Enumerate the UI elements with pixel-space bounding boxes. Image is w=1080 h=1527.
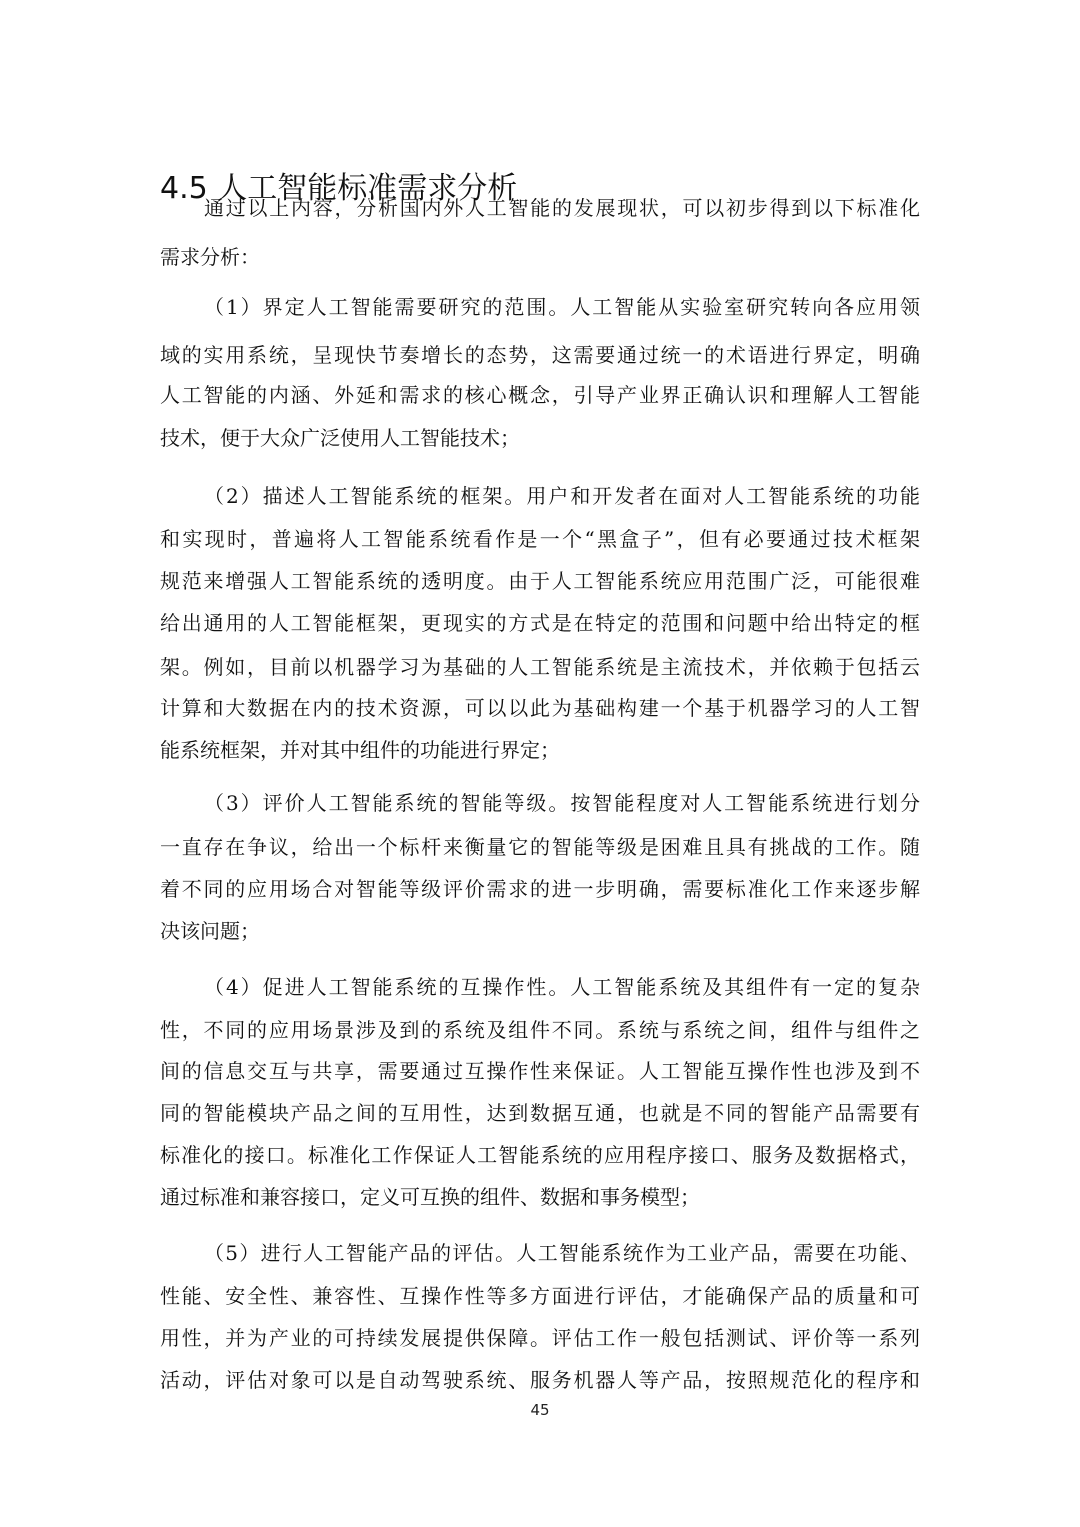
item-2-line: 能系统框架，并对其中组件的功能进行界定； [160, 735, 920, 765]
item-2-line: 规范来增强人工智能系统的透明度。由于人工智能系统应用范围广泛，可能很难 [160, 566, 920, 596]
item-2-line: 架。例如，目前以机器学习为基础的人工智能系统是主流技术，并依赖于包括云 [160, 652, 920, 682]
item-5-line: 活动，评估对象可以是自动驾驶系统、服务机器人等产品，按照规范化的程序和 [160, 1365, 920, 1395]
item-2-line: 给出通用的人工智能框架，更现实的方式是在特定的范围和问题中给出特定的框 [160, 608, 920, 638]
item-3-line: 着不同的应用场合对智能等级评价需求的进一步明确，需要标准化工作来逐步解 [160, 874, 920, 904]
item-1-line: （1）界定人工智能需要研究的范围。人工智能从实验室研究转向各应用领 [204, 292, 920, 322]
item-3-line: （3）评价人工智能系统的智能等级。按智能程度对人工智能系统进行划分 [204, 788, 920, 818]
item-5-line: 性能、安全性、兼容性、互操作性等多方面进行评估，才能确保产品的质量和可 [160, 1281, 920, 1311]
intro-line: 需求分析： [160, 242, 920, 272]
item-1-line: 域的实用系统，呈现快节奏增长的态势，这需要通过统一的术语进行界定，明确 [160, 340, 920, 370]
intro-line: 通过以上内容，分析国内外人工智能的发展现状，可以初步得到以下标准化 [204, 193, 920, 223]
page-number: 45 [0, 1401, 1080, 1419]
item-4-line: 通过标准和兼容接口，定义可互换的组件、数据和事务模型； [160, 1182, 920, 1212]
item-4-line: 标准化的接口。标准化工作保证人工智能系统的应用程序接口、服务及数据格式， [160, 1140, 920, 1170]
item-5-line: （5）进行人工智能产品的评估。人工智能系统作为工业产品，需要在功能、 [204, 1238, 920, 1268]
item-5-line: 用性，并为产业的可持续发展提供保障。评估工作一般包括测试、评价等一系列 [160, 1323, 920, 1353]
item-2-line: （2）描述人工智能系统的框架。用户和开发者在面对人工智能系统的功能 [204, 481, 920, 511]
item-2-line: 和实现时，普遍将人工智能系统看作是一个“黑盒子”，但有必要通过技术框架 [160, 524, 920, 554]
item-3-line: 一直存在争议，给出一个标杆来衡量它的智能等级是困难且具有挑战的工作。随 [160, 832, 920, 862]
item-2-line: 计算和大数据在内的技术资源，可以以此为基础构建一个基于机器学习的人工智 [160, 693, 920, 723]
item-4-line: 性，不同的应用场景涉及到的系统及组件不同。系统与系统之间，组件与组件之 [160, 1015, 920, 1045]
item-4-line: （4）促进人工智能系统的互操作性。人工智能系统及其组件有一定的复杂 [204, 972, 920, 1002]
item-1-line: 技术，便于大众广泛使用人工智能技术； [160, 423, 920, 453]
item-4-line: 同的智能模块产品之间的互用性，达到数据互通，也就是不同的智能产品需要有 [160, 1098, 920, 1128]
item-1-line: 人工智能的内涵、外延和需求的核心概念，引导产业界正确认识和理解人工智能 [160, 380, 920, 410]
item-3-line: 决该问题； [160, 916, 920, 946]
item-4-line: 间的信息交互与共享，需要通过互操作性来保证。人工智能互操作性也涉及到不 [160, 1056, 920, 1086]
